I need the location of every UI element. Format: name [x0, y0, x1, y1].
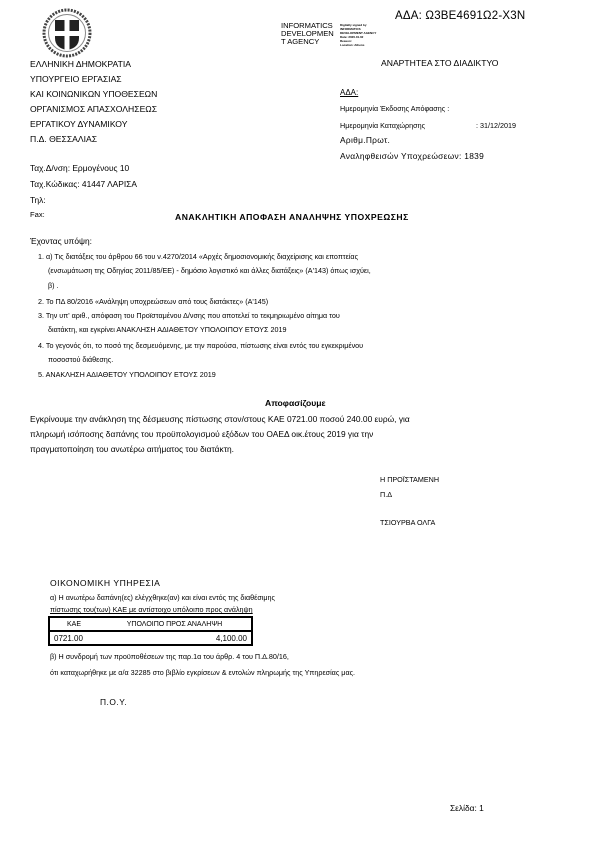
financial-line: ότι καταχωρήθηκε με α/α 32285 στο βιβλίο…	[50, 668, 355, 677]
kae-balance-table: ΚΑΕ ΥΠΟΛΟΙΠΟ ΠΡΟΣ ΑΝΑΛΗΨΗ 0721.00 4,100.…	[48, 616, 253, 646]
financial-heading: ΟΙΚΟΝΟΜΙΚΗ ΥΠΗΡΕΣΙΑ	[50, 578, 160, 588]
greek-emblem-icon	[42, 8, 92, 58]
signatory-name: ΤΣΙΟΥΡΒΑ ΟΛΓΑ	[380, 518, 435, 527]
document-title: ΑΝΑΚΛΗΤΙΚΗ ΑΠΟΦΑΣΗ ΑΝΑΛΗΨΗΣ ΥΠΟΧΡΕΩΣΗΣ	[175, 212, 409, 222]
address-fax: Fax:	[30, 210, 45, 219]
considering-label: Έχοντας υπόψη:	[30, 236, 92, 246]
org-line: ΕΡΓΑΤΙΚΟΥ ΔΥΝΑΜΙΚΟΥ	[30, 119, 127, 129]
table-cell: 0721.00	[49, 631, 98, 645]
consideration-item: 3. Την υπ' αριθ., απόφαση του Προϊσταμέν…	[38, 311, 340, 320]
decision-line: πραγματοποίηση του ανωτέρω αιτήματος του…	[30, 444, 234, 454]
consideration-item: 5. ΑΝΑΚΛΗΣΗ ΑΔΙΑΘΕΤΟΥ ΥΠΟΛΟΙΠΟΥ ΕΤΟΥΣ 20…	[38, 370, 216, 379]
issue-date-label: Ημερομηνία Έκδοσης Απόφασης :	[340, 104, 449, 113]
registration-date-label: Ημερομηνία Καταχώρησης	[340, 121, 425, 130]
table-header-cell: ΚΑΕ	[49, 617, 98, 631]
publish-note: ΑΝΑΡΤΗΤΕΑ ΣΤΟ ΔΙΑΔΙΚΤΥΟ	[381, 58, 498, 68]
consideration-item: (ενσωμάτωση της Οδηγίας 2011/85/ΕΕ) - δη…	[48, 266, 371, 275]
address-street: Ταχ.Δ/νση: Ερμογένους 10	[30, 163, 129, 173]
decision-line: πληρωμή ισόποσης δαπάνης του προϋπολογισ…	[30, 429, 373, 439]
org-line: ΟΡΓΑΝΙΣΜΟΣ ΑΠΑΣΧΟΛΗΣΕΩΣ	[30, 104, 157, 114]
org-line: ΕΛΛΗΝΙΚΗ ΔΗΜΟΚΡΑΤΙΑ	[30, 59, 131, 69]
consideration-item: διατάκτη, και εγκρίνει ΑΝΑΚΛΗΣΗ ΑΔΙΑΘΕΤΟ…	[48, 325, 287, 334]
table-header-cell: ΥΠΟΛΟΙΠΟ ΠΡΟΣ ΑΝΑΛΗΨΗ	[98, 617, 252, 631]
consideration-item: 4. Το γεγονός ότι, το ποσό της δεσμευόμε…	[38, 341, 363, 350]
table-cell: 4,100.00	[98, 631, 252, 645]
financial-line: πίστωσης του(των) ΚΑΕ με αντίστοιχο υπόλ…	[50, 605, 253, 614]
consideration-item: 2. Το ΠΔ 80/2016 «Ανάληψη υποχρεώσεων απ…	[38, 297, 268, 306]
decision-line: Εγκρίνουμε την ανάκληση της δέσμευσης πί…	[30, 414, 410, 424]
address-phone: Τηλ:	[30, 195, 46, 205]
financial-line: α) Η ανωτέρω δαπάνη(ες) ελέγχθηκε(αν) κα…	[50, 593, 275, 602]
protocol-label: Αριθμ.Πρωτ.	[340, 135, 390, 145]
org-line: ΚΑΙ ΚΟΙΝΩΝΙΚΩΝ ΥΠΟΘΕΣΕΩΝ	[30, 89, 157, 99]
signatory-unit: Π.Δ	[380, 490, 392, 499]
ida-logo-line: T AGENCY	[281, 38, 334, 46]
consideration-item: β) .	[48, 281, 59, 290]
registration-date-value: : 31/12/2019	[476, 121, 516, 130]
signature-line: Location: Athens	[340, 43, 376, 47]
ida-logo-text: INFORMATICS DEVELOPMEN T AGENCY	[281, 22, 334, 47]
ada-code: ΑΔΑ: Ω3ΒΕ4691Ω2-Χ3Ν	[395, 10, 525, 22]
commitments-label: Αναληφθεισών Υποχρεώσεων: 1839	[340, 151, 484, 161]
page-number: Σελίδα: 1	[450, 803, 484, 813]
digital-signature-stamp: Digitally signed by INFORMATICS DEVELOPM…	[340, 23, 376, 47]
consideration-item: 1. α) Τις διατάξεις του άρθρου 66 του ν.…	[38, 252, 358, 261]
table-row: 0721.00 4,100.00	[49, 631, 252, 645]
org-line: Π.Δ. ΘΕΣΣΑΛΙΑΣ	[30, 134, 97, 144]
financial-signoff: Π.Ο.Υ.	[100, 697, 127, 707]
table-header-row: ΚΑΕ ΥΠΟΛΟΙΠΟ ΠΡΟΣ ΑΝΑΛΗΨΗ	[49, 617, 252, 631]
ada-field-label: ΑΔΑ:	[340, 88, 358, 97]
signatory-role: Η ΠΡΟΪΣΤΑΜΕΝΗ	[380, 475, 439, 484]
org-line: ΥΠΟΥΡΓΕΙΟ ΕΡΓΑΣΙΑΣ	[30, 74, 122, 84]
decision-heading: Αποφασίζουμε	[265, 398, 326, 408]
address-postal: Ταχ.Κώδικας: 41447 ΛΑΡΙΣΑ	[30, 179, 137, 189]
financial-line: β) Η συνδρομή των προϋποθέσεων της παρ.1…	[50, 652, 289, 661]
consideration-item: ποσοστού διάθεσης.	[48, 355, 113, 364]
